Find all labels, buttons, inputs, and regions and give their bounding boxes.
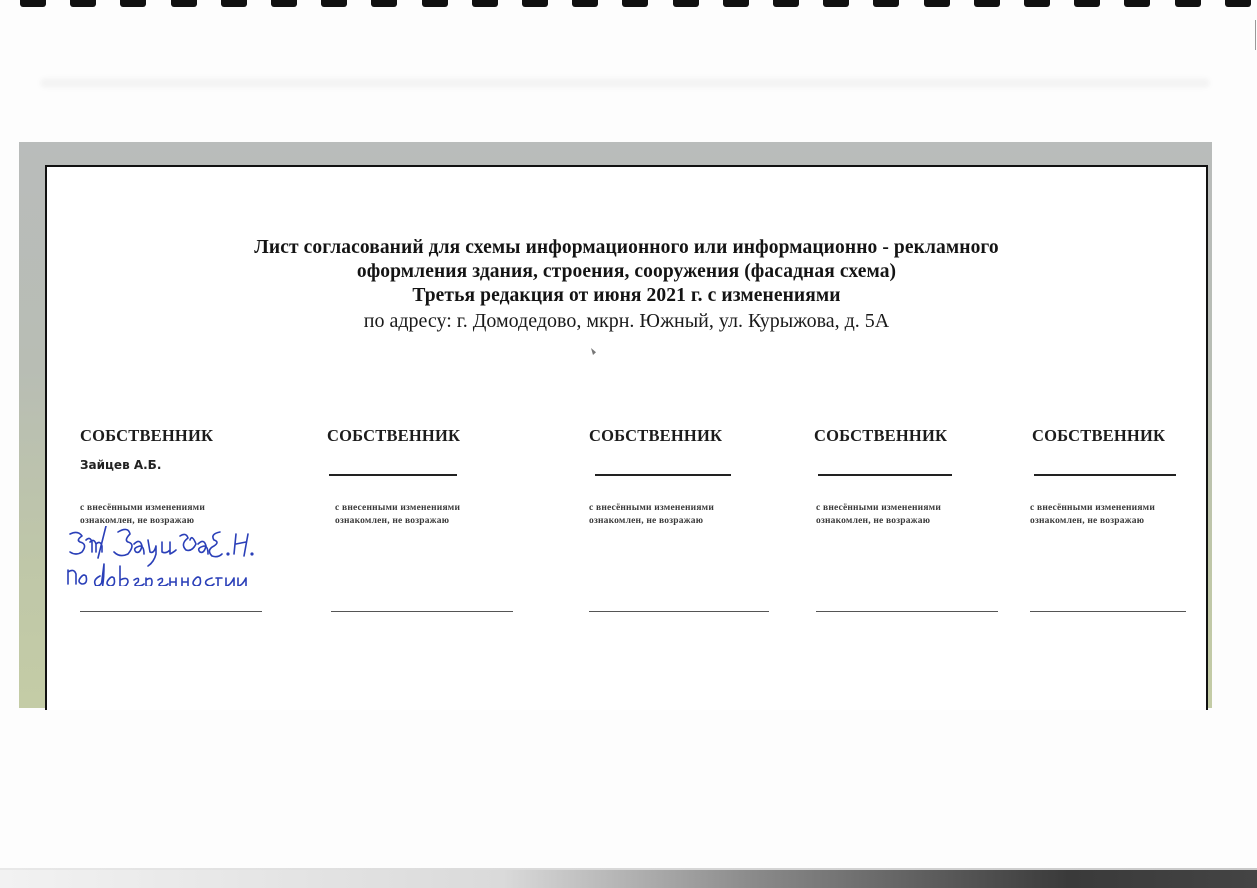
consent-note-line-1: с внесёнными изменениями <box>1030 502 1155 515</box>
punch-hole-mark <box>924 0 950 7</box>
signature-line <box>816 611 998 612</box>
punch-hole-mark <box>873 0 899 7</box>
name-blank-line <box>329 474 457 476</box>
punch-hole-mark <box>1074 0 1100 7</box>
punch-hole-mark <box>723 0 749 7</box>
scan-bottom-edge <box>0 870 1257 888</box>
signatory-block-2: СОБСТВЕННИК с внесенными изменениями озн… <box>327 426 460 446</box>
signatory-role: СОБСТВЕННИК <box>80 426 213 446</box>
signatory-consent-note: с внесёнными изменениями ознакомлен, не … <box>1030 502 1155 528</box>
signatory-role: СОБСТВЕННИК <box>814 426 947 446</box>
signatory-block-5: СОБСТВЕННИК с внесёнными изменениями озн… <box>1032 426 1165 446</box>
document-title-line-3: Третья редакция от июня 2021 г. с измене… <box>45 284 1208 308</box>
punch-hole-mark <box>171 0 197 7</box>
document-address: по адресу: г. Домодедово, мкрн. Южный, у… <box>45 308 1208 334</box>
punch-hole-mark <box>1225 0 1251 7</box>
handwritten-signature <box>62 526 292 586</box>
signatory-block-3: СОБСТВЕННИК с внесёнными изменениями озн… <box>589 426 722 446</box>
signature-line <box>331 611 513 612</box>
document-title-line-1: Лист согласований для схемы информационн… <box>45 236 1208 260</box>
consent-note-line-2: ознакомлен, не возражаю <box>816 515 941 528</box>
signature-line <box>1030 611 1186 612</box>
signatory-role: СОБСТВЕННИК <box>327 426 460 446</box>
signatory-role: СОБСТВЕННИК <box>1032 426 1165 446</box>
signatory-block-4: СОБСТВЕННИК с внесёнными изменениями озн… <box>814 426 947 446</box>
signatory-consent-note: с внесёнными изменениями ознакомлен, не … <box>589 502 714 528</box>
punch-hole-mark <box>823 0 849 7</box>
punch-hole-mark <box>271 0 297 7</box>
bleed-through-text <box>40 78 1210 88</box>
consent-note-line-2: ознакомлен, не возражаю <box>1030 515 1155 528</box>
consent-note-line-2: ознакомлен, не возражаю <box>335 515 460 528</box>
consent-note-line-1: с внесёнными изменениями <box>816 502 941 515</box>
punch-hole-mark <box>1024 0 1050 7</box>
punch-hole-mark <box>773 0 799 7</box>
punch-hole-mark <box>371 0 397 7</box>
punch-hole-mark <box>522 0 548 7</box>
scan-edge-line <box>1255 20 1256 50</box>
name-blank-line <box>595 474 731 476</box>
binder-punch-marks <box>0 0 1257 8</box>
punch-hole-mark <box>422 0 448 7</box>
punch-hole-mark <box>572 0 598 7</box>
consent-note-line-1: с внесёнными изменениями <box>589 502 714 515</box>
punch-hole-mark <box>120 0 146 7</box>
signatory-role: СОБСТВЕННИК <box>589 426 722 446</box>
signatory-consent-note: с внесёнными изменениями ознакомлен, не … <box>816 502 941 528</box>
punch-hole-mark <box>974 0 1000 7</box>
punch-hole-mark <box>70 0 96 7</box>
consent-note-line-1: с внесенными изменениями <box>335 502 460 515</box>
signatory-name: Зайцев А.Б. <box>80 458 213 474</box>
punch-hole-mark <box>321 0 347 7</box>
consent-note-line-2: ознакомлен, не возражаю <box>589 515 714 528</box>
punch-hole-mark <box>20 0 46 7</box>
name-blank-line <box>1034 474 1176 476</box>
title-block: Лист согласований для схемы информационн… <box>45 236 1208 334</box>
signature-line <box>80 611 262 612</box>
punch-hole-mark <box>1124 0 1150 7</box>
signatory-consent-note: с внесёнными изменениями ознакомлен, не … <box>80 502 205 528</box>
punch-hole-mark <box>622 0 648 7</box>
punch-hole-mark <box>472 0 498 7</box>
punch-hole-mark <box>221 0 247 7</box>
name-blank-line <box>818 474 952 476</box>
consent-note-line-1: с внесёнными изменениями <box>80 502 205 515</box>
signatory-consent-note: с внесенными изменениями ознакомлен, не … <box>335 502 460 528</box>
signature-line <box>589 611 769 612</box>
punch-hole-mark <box>1175 0 1201 7</box>
document-title-line-2: оформления здания, строения, сооружения … <box>45 260 1208 284</box>
punch-hole-mark <box>673 0 699 7</box>
signatory-block-1: СОБСТВЕННИК Зайцев А.Б. с внесёнными изм… <box>80 426 213 474</box>
